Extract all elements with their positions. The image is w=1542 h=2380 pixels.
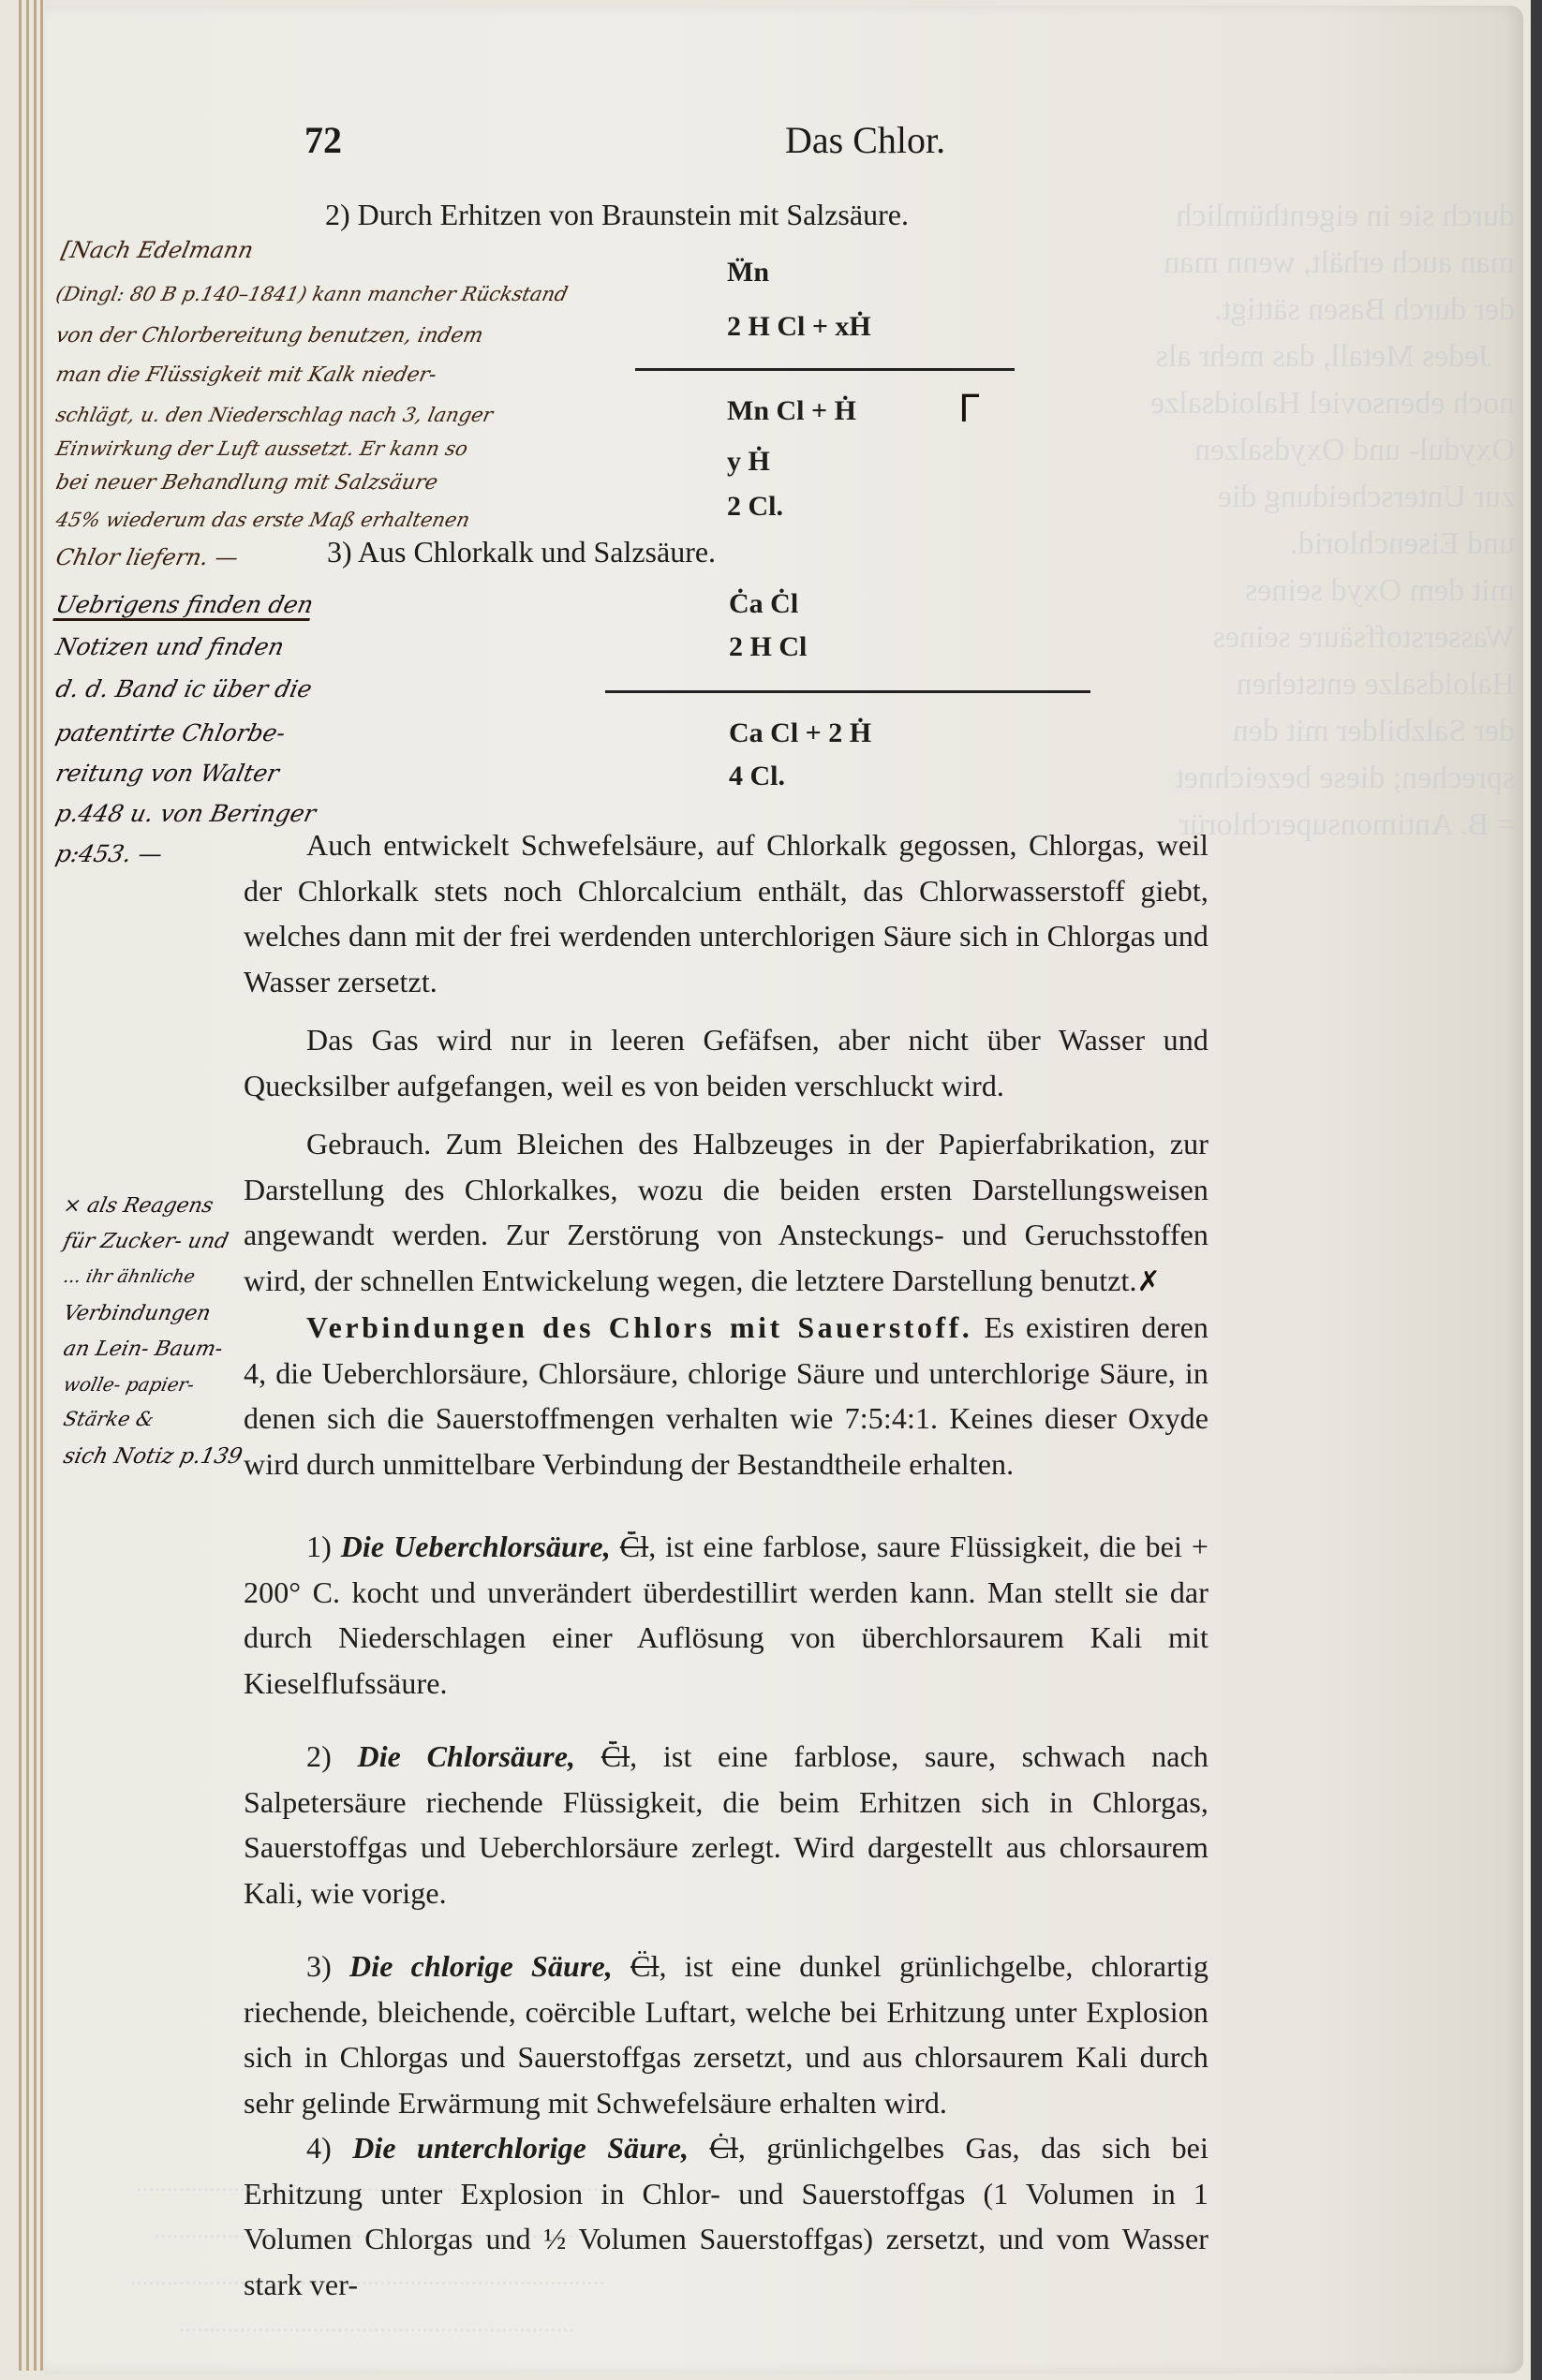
- handwritten-line: Chlor liefern. —: [52, 540, 242, 576]
- handwritten-line: wolle- papier-: [60, 1367, 198, 1403]
- acid-number: 3): [306, 1949, 332, 1983]
- handwritten-line: [Nach Edelmann: [58, 232, 257, 269]
- acid-name: Die Ueberchlorsäure,: [341, 1530, 611, 1563]
- paragraph-oxygen-compounds: Verbindungen des Chlors mit Sauerstoff. …: [244, 1305, 1208, 1486]
- running-title: Das Chlor.: [785, 118, 945, 162]
- equation-rule: [635, 368, 1015, 371]
- body-text: Auch entwickelt Schwefelsäure, auf Chlor…: [244, 822, 1208, 2307]
- paragraph-chlorine-release: Auch entwickelt Schwefelsäure, auf Chlor…: [244, 822, 1208, 1004]
- acid-formula: Ċl: [709, 2131, 737, 2165]
- acid-formula: C̈l: [630, 1949, 659, 1983]
- acid-entry: 1) Die Ueberchlorsäure, C̈̇l, ist eine f…: [244, 1524, 1208, 1706]
- handwritten-line: × als Reagens: [60, 1188, 216, 1224]
- handwritten-line: Verbindungen: [60, 1295, 215, 1332]
- book-spine-shadow: [1531, 0, 1542, 2380]
- handwritten-line: ... ihr ähnliche: [60, 1259, 199, 1295]
- handwritten-line: von der Chlorbereitung benutzen, indem: [52, 318, 487, 354]
- paragraph-usage: Gebrauch. Zum Bleichen des Halbzeuges in…: [244, 1121, 1208, 1305]
- equation-line: Mn Cl + Ḣ: [727, 395, 856, 427]
- bracket-mark: Γ: [958, 388, 979, 431]
- equation-line: y Ḣ: [727, 446, 770, 478]
- handwritten-line: 45% wiederum das erste Maß erhaltenen: [52, 502, 473, 539]
- acid-number: 4): [306, 2131, 332, 2165]
- book-page: durch sie in eigenthümlich man auch erhä…: [45, 6, 1523, 2373]
- handwritten-line: Stärke &: [60, 1401, 157, 1438]
- equation-line: Ca Cl + 2 Ḣ: [729, 717, 871, 749]
- handwritten-line: schlägt, u. den Niederschlag nach 3, lan…: [52, 397, 497, 434]
- handwritten-line: man die Flüssigkeit mit Kalk nieder-: [52, 357, 440, 393]
- handwritten-line: p:453. —: [52, 835, 166, 872]
- handwritten-line: p.448 u. von Beringer: [52, 795, 319, 832]
- equation-line: 2 H Cl + xḢ: [727, 311, 871, 343]
- equation-line: 2 Cl.: [727, 491, 783, 523]
- acid-entry: 4) Die unterchlorige Säure, Ċl, grünlich…: [244, 2125, 1208, 2307]
- handwritten-line: Einwirkung der Luft aussetzt. Er kann so: [52, 431, 471, 467]
- handwritten-line: an Lein- Baum-: [60, 1331, 227, 1367]
- acid-number: 2): [306, 1739, 332, 1773]
- handwritten-line: Notizen und finden: [52, 628, 288, 665]
- page-edge: [19, 0, 22, 2371]
- acid-number: 1): [306, 1530, 332, 1563]
- equation-rule: [605, 690, 1090, 693]
- page-edge: [34, 0, 37, 2371]
- handwritten-line: sich Notiz p.139: [60, 1439, 245, 1475]
- acid-name: Die Chlorsäure,: [357, 1739, 575, 1773]
- page-number: 72: [304, 118, 342, 162]
- handwritten-line: für Zucker- und: [60, 1223, 232, 1260]
- equation-line: 4 Cl.: [729, 761, 785, 792]
- acid-entry: 2) Die Chlorsäure, C̈̇l, ist eine farblo…: [244, 1734, 1208, 1915]
- handwritten-line: bei neuer Behandlung mit Salzsäure: [52, 465, 441, 501]
- handwritten-line: d. d. Band ic über die: [52, 671, 316, 707]
- acid-entry: 3) Die chlorige Säure, C̈l, ist eine dun…: [244, 1944, 1208, 2125]
- acid-formula: C̈̇l: [601, 1739, 630, 1773]
- show-through-text: durch sie in eigenthümlich man auch erhä…: [1150, 193, 1515, 849]
- page-edge: [26, 0, 29, 2371]
- section-heading: Verbindungen des Chlors mit Sauerstoff.: [306, 1310, 972, 1344]
- cross-mark: ✗: [1137, 1265, 1161, 1298]
- usage-lead: Gebrauch.: [306, 1127, 431, 1160]
- handwritten-line: (Dingl: 80 B p.140–1841) kann mancher Rü…: [52, 276, 571, 313]
- equation-line: 2 H Cl: [729, 631, 807, 663]
- page-edge: [40, 0, 43, 2371]
- handwritten-line: reitung von Walter: [52, 755, 283, 791]
- handwritten-line: Uebrigens finden den: [52, 591, 316, 621]
- acid-formula: C̈̇l: [620, 1530, 648, 1563]
- handwritten-line: patentirte Chlorbe-: [52, 715, 289, 751]
- equation-line: M̈n: [727, 257, 769, 288]
- method3-heading: 3) Aus Chlorkalk und Salzsäure.: [327, 535, 716, 569]
- acid-name: Die unterchlorige Säure,: [352, 2131, 689, 2165]
- method2-heading: 2) Durch Erhitzen von Braunstein mit Sal…: [325, 198, 909, 232]
- equation-line: Ċa Ċl: [729, 588, 798, 620]
- acid-name: Die chlorige Säure,: [349, 1949, 613, 1983]
- paragraph-gas-collection: Das Gas wird nur in leeren Gefäfsen, abe…: [244, 1017, 1208, 1108]
